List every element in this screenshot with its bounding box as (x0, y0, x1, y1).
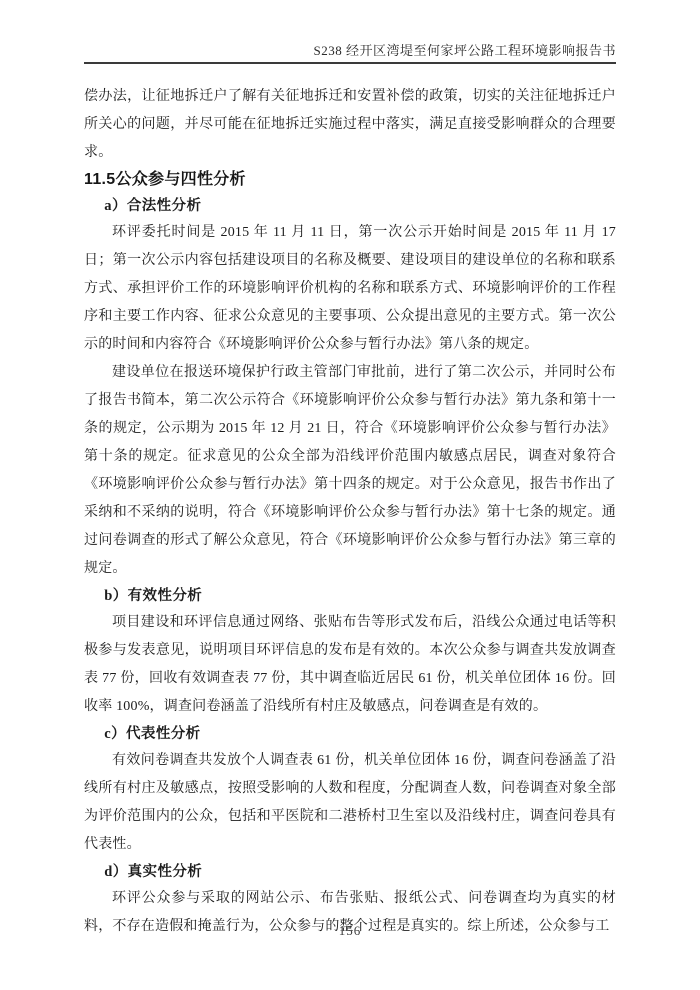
subheading-representativeness: c）代表性分析 (84, 721, 616, 747)
subheading-authenticity: d）真实性分析 (84, 859, 616, 885)
header-divider (84, 62, 616, 64)
section-heading-11-5: 11.5公众参与四性分析 (84, 167, 616, 193)
page-header: S238 经开区湾堤至何家坪公路工程环境影响报告书 (84, 42, 616, 64)
document-page: S238 经开区湾堤至何家坪公路工程环境影响报告书 偿办法，让征地拆迁户了解有关… (0, 0, 700, 990)
subheading-effectiveness: b）有效性分析 (84, 583, 616, 609)
page-footer: 156 (0, 922, 700, 940)
subheading-legality: a）合法性分析 (84, 193, 616, 219)
paragraph-effectiveness: 项目建设和环评信息通过网络、张贴布告等形式发布后，沿线公众通过电话等积极参与发表… (84, 609, 616, 721)
paragraph-legality-second-notice: 建设单位在报送环境保护行政主管部门审批前，进行了第二次公示，并同时公布了报告书简… (84, 359, 616, 583)
paragraph-legality-first-notice: 环评委托时间是 2015 年 11 月 11 日，第一次公示开始时间是 2015… (84, 219, 616, 359)
paragraph-compensation-carryover: 偿办法，让征地拆迁户了解有关征地拆迁和安置补偿的政策，切实的关注征地拆迁户所关心… (84, 83, 616, 167)
paragraph-representativeness: 有效问卷调查共发放个人调查表 61 份，机关单位团体 16 份，调查问卷涵盖了沿… (84, 747, 616, 859)
page-number: 156 (339, 923, 362, 938)
running-header-title: S238 经开区湾堤至何家坪公路工程环境影响报告书 (84, 42, 616, 60)
document-body: 偿办法，让征地拆迁户了解有关征地拆迁和安置补偿的政策，切实的关注征地拆迁户所关心… (84, 83, 616, 941)
